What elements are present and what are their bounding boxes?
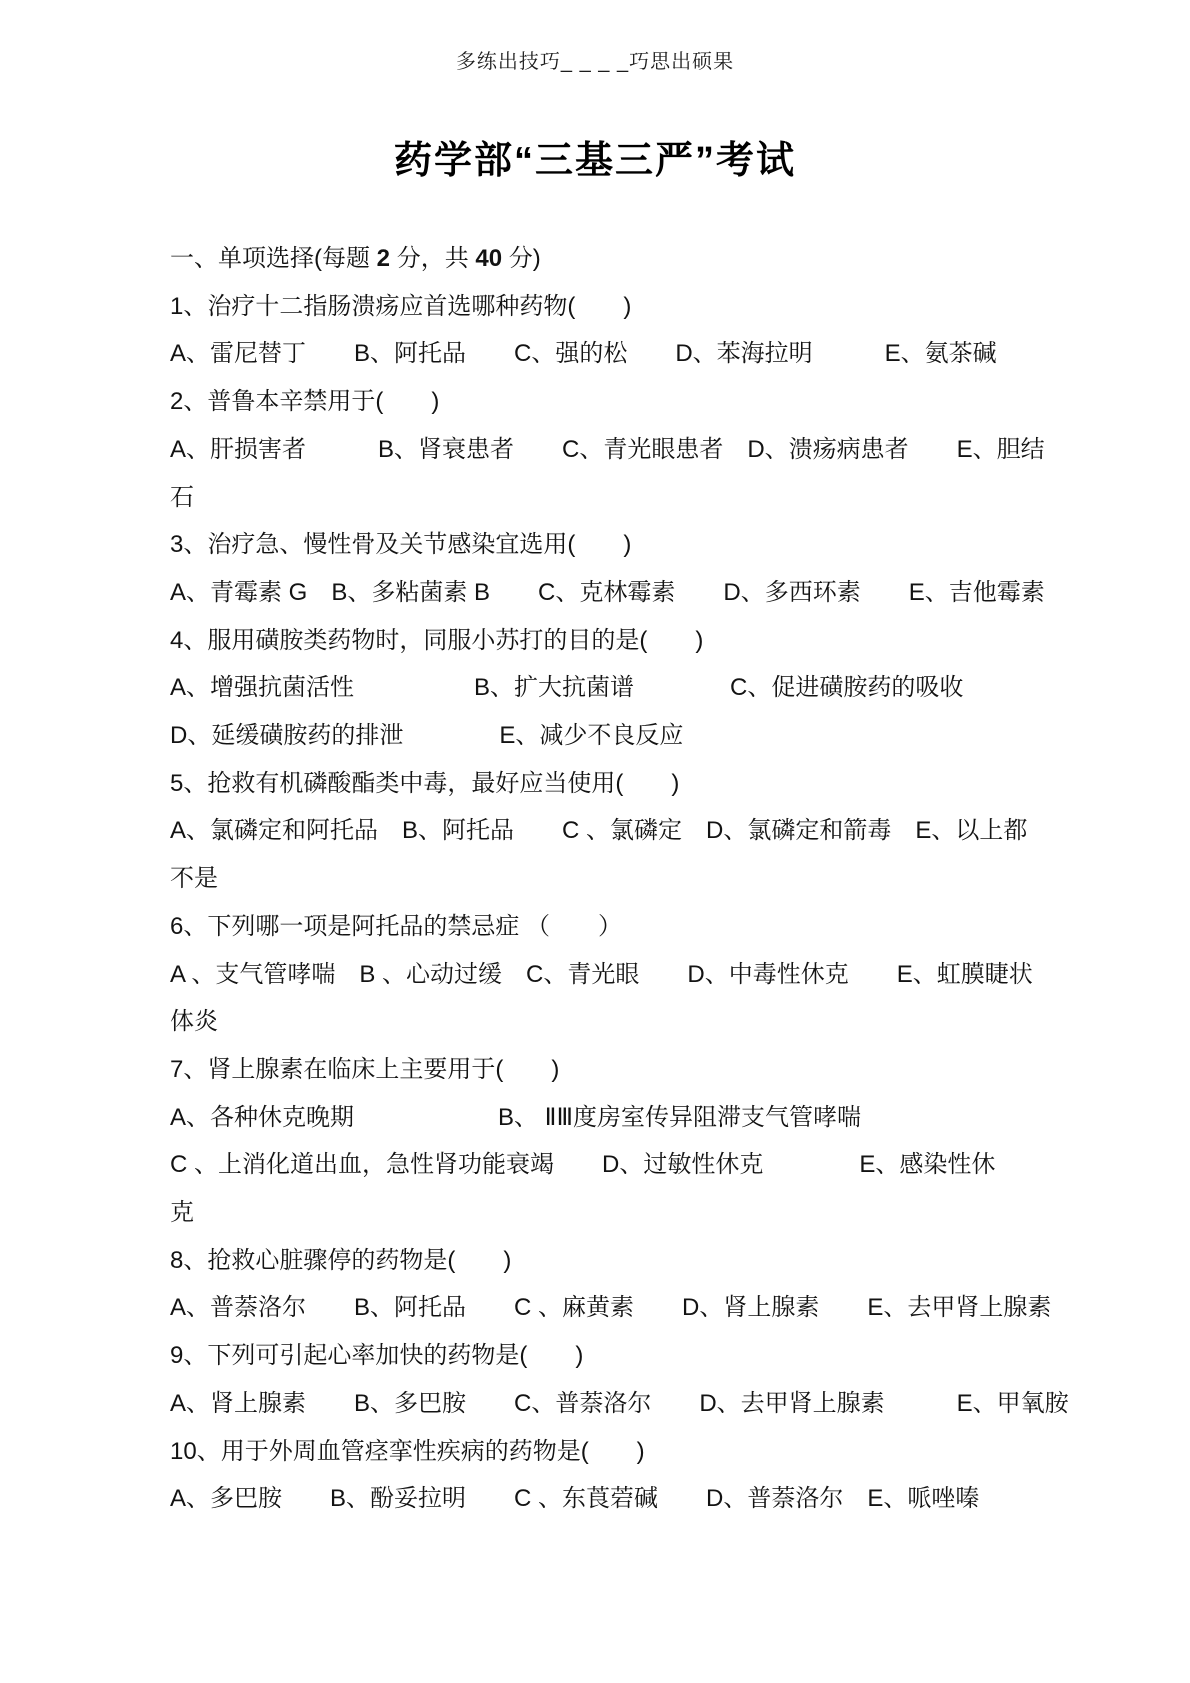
option-line: A、肝损害者 B、肾衰患者 C、青光眼患者 D、溃疡病患者 E、胆结 — [170, 426, 1090, 474]
section-heading: 一、单项选择(每题 2 分，共 40 分) — [170, 235, 1090, 283]
question-block: 1、治疗十二指肠溃疡应首选哪种药物( )A、雷尼替丁 B、阿托品 C、强的松 D… — [170, 283, 1090, 378]
question-block: 5、抢救有机磷酸酯类中毒，最好应当使用( )A、氯磷定和阿托品 B、阿托品 C … — [170, 760, 1090, 903]
option-line: A 、支气管哮喘 B 、心动过缓 C、青光眼 D、中毒性休克 E、虹膜睫状 — [170, 951, 1090, 999]
exam-content: 一、单项选择(每题 2 分，共 40 分) 1、治疗十二指肠溃疡应首选哪种药物(… — [170, 235, 1090, 1523]
option-line: D、延缓磺胺药的排泄 E、减少不良反应 — [170, 712, 1090, 760]
question-block: 4、服用磺胺类药物时，同服小苏打的目的是( )A、增强抗菌活性 B、扩大抗菌谱 … — [170, 617, 1090, 760]
question-stem: 3、治疗急、慢性骨及关节感染宜选用( ) — [170, 521, 1090, 569]
question-stem: 5、抢救有机磷酸酯类中毒，最好应当使用( ) — [170, 760, 1090, 808]
question-stem: 2、普鲁本辛禁用于( ) — [170, 378, 1090, 426]
questions-list: 1、治疗十二指肠溃疡应首选哪种药物( )A、雷尼替丁 B、阿托品 C、强的松 D… — [170, 283, 1090, 1523]
section-heading-prefix: 一、单项选择(每题 — [170, 245, 377, 272]
question-block: 6、下列哪一项是阿托品的禁忌症 （ ）A 、支气管哮喘 B 、心动过缓 C、青光… — [170, 903, 1090, 1046]
option-line: 不是 — [170, 855, 1090, 903]
question-block: 8、抢救心脏骤停的药物是( )A、普萘洛尔 B、阿托品 C 、麻黄素 D、肾上腺… — [170, 1237, 1090, 1332]
exam-page: 多练出技巧_ _ _ _巧思出硕果 药学部“三基三严”考试 一、单项选择(每题 … — [0, 0, 1190, 1683]
page-header-watermark: 多练出技巧_ _ _ _巧思出硕果 — [0, 50, 1190, 74]
total-points: 40 — [475, 245, 502, 272]
question-block: 10、用于外周血管痉挛性疾病的药物是( )A、多巴胺 B、酚妥拉明 C 、东莨菪… — [170, 1428, 1090, 1523]
question-stem: 8、抢救心脏骤停的药物是( ) — [170, 1237, 1090, 1285]
question-stem: 1、治疗十二指肠溃疡应首选哪种药物( ) — [170, 283, 1090, 331]
section-heading-suffix: 分) — [502, 245, 541, 272]
points-per-question: 2 — [377, 245, 390, 272]
option-line: A、肾上腺素 B、多巴胺 C、普萘洛尔 D、去甲肾上腺素 E、甲氧胺 — [170, 1380, 1090, 1428]
option-line: 石 — [170, 474, 1090, 522]
section-heading-mid: 分，共 — [390, 245, 475, 272]
option-line: 克 — [170, 1189, 1090, 1237]
question-stem: 10、用于外周血管痉挛性疾病的药物是( ) — [170, 1428, 1090, 1476]
option-line: A、青霉素 G B、多粘菌素 B C、克林霉素 D、多西环素 E、吉他霉素 — [170, 569, 1090, 617]
option-line: C 、上消化道出血，急性肾功能衰竭 D、过敏性休克 E、感染性休 — [170, 1141, 1090, 1189]
question-block: 7、肾上腺素在临床上主要用于( )A、各种休克晚期 B、 ⅡⅢ度房室传异阻滞支气… — [170, 1046, 1090, 1237]
question-stem: 6、下列哪一项是阿托品的禁忌症 （ ） — [170, 903, 1090, 951]
question-block: 9、下列可引起心率加快的药物是( )A、肾上腺素 B、多巴胺 C、普萘洛尔 D、… — [170, 1332, 1090, 1427]
question-stem: 9、下列可引起心率加快的药物是( ) — [170, 1332, 1090, 1380]
question-stem: 4、服用磺胺类药物时，同服小苏打的目的是( ) — [170, 617, 1090, 665]
question-stem: 7、肾上腺素在临床上主要用于( ) — [170, 1046, 1090, 1094]
option-line: A、普萘洛尔 B、阿托品 C 、麻黄素 D、肾上腺素 E、去甲肾上腺素 — [170, 1284, 1090, 1332]
option-line: A、增强抗菌活性 B、扩大抗菌谱 C、促进磺胺药的吸收 — [170, 664, 1090, 712]
question-block: 3、治疗急、慢性骨及关节感染宜选用( )A、青霉素 G B、多粘菌素 B C、克… — [170, 521, 1090, 616]
option-line: A、雷尼替丁 B、阿托品 C、强的松 D、苯海拉明 E、氨茶碱 — [170, 330, 1090, 378]
option-line: A、各种休克晚期 B、 ⅡⅢ度房室传异阻滞支气管哮喘 — [170, 1094, 1090, 1142]
option-line: 体炎 — [170, 998, 1090, 1046]
page-title: 药学部“三基三严”考试 — [0, 138, 1190, 184]
option-line: A、氯磷定和阿托品 B、阿托品 C 、氯磷定 D、氯磷定和箭毒 E、以上都 — [170, 807, 1090, 855]
option-line: A、多巴胺 B、酚妥拉明 C 、东莨菪碱 D、普萘洛尔 E、哌唑嗪 — [170, 1475, 1090, 1523]
question-block: 2、普鲁本辛禁用于( )A、肝损害者 B、肾衰患者 C、青光眼患者 D、溃疡病患… — [170, 378, 1090, 521]
